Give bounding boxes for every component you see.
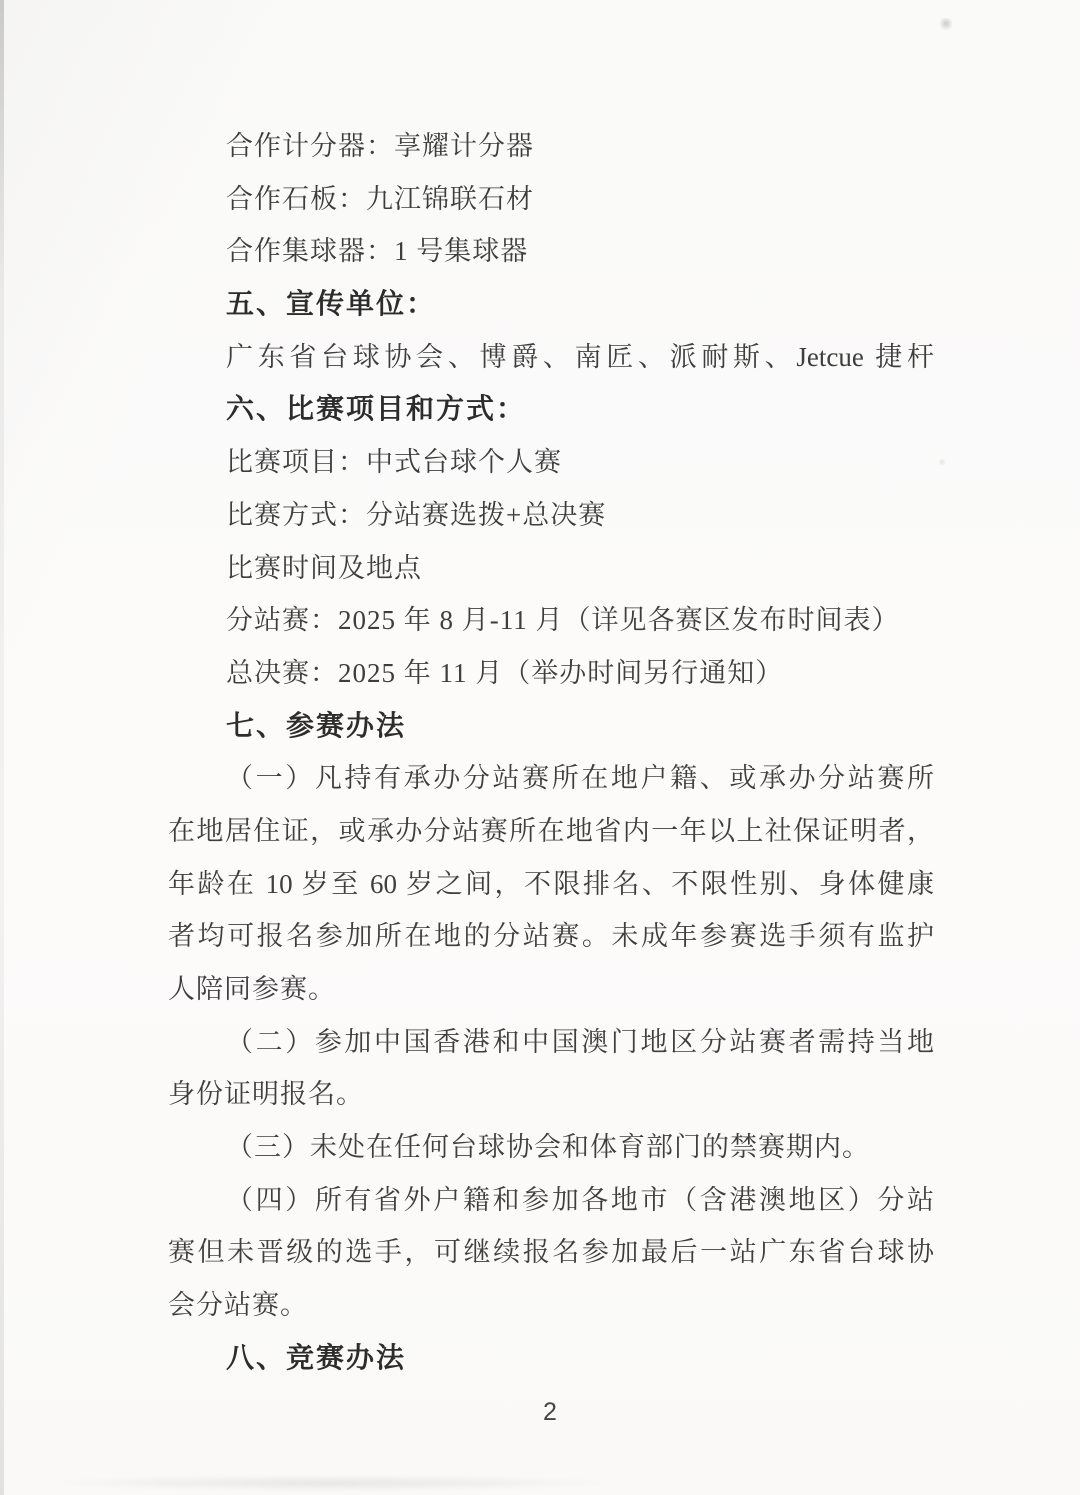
- document-line: 比赛项目：中式台球个人赛: [168, 436, 934, 489]
- document-line: （三）未处在任何台球协会和体育部门的禁赛期内。: [168, 1121, 934, 1174]
- document-line: 总决赛：2025 年 11 月（举办时间另行通知）: [168, 647, 934, 700]
- document-line: （二）参加中国香港和中国澳门地区分站赛者需持当地: [168, 1016, 934, 1069]
- document-line: 合作石板：九江锦联石材: [168, 173, 934, 226]
- document-line: 身份证明报名。: [168, 1068, 934, 1121]
- document-line: 者均可报名参加所在地的分站赛。未成年参赛选手须有监护: [168, 910, 934, 963]
- scan-edge-shadow: [0, 0, 4, 1495]
- document-body: 合作计分器：享耀计分器 合作石板：九江锦联石材 合作集球器：1 号集球器 五、宣…: [168, 120, 934, 1385]
- scan-speck: [938, 458, 946, 466]
- section-heading: 六、比赛项目和方式：: [168, 383, 934, 436]
- document-line: 合作计分器：享耀计分器: [168, 120, 934, 173]
- document-line: 分站赛：2025 年 8 月-11 月（详见各赛区发布时间表）: [168, 594, 934, 647]
- scan-speck: [940, 18, 952, 32]
- document-page: 合作计分器：享耀计分器 合作石板：九江锦联石材 合作集球器：1 号集球器 五、宣…: [0, 0, 1080, 1495]
- document-line: 广东省台球协会、博爵、南匠、派耐斯、Jetcue 捷杆: [168, 331, 934, 384]
- scan-smudge: [55, 1476, 605, 1490]
- document-line: 人陪同参赛。: [168, 963, 934, 1016]
- page-number: 2: [10, 1398, 1080, 1427]
- document-line: 比赛方式：分站赛选拨+总决赛: [168, 489, 934, 542]
- document-line: 合作集球器：1 号集球器: [168, 225, 934, 278]
- document-line: 比赛时间及地点: [168, 542, 934, 595]
- section-heading: 五、宣传单位：: [168, 278, 934, 331]
- section-heading: 七、参赛办法: [168, 700, 934, 753]
- document-line: （四）所有省外户籍和参加各地市（含港澳地区）分站: [168, 1174, 934, 1227]
- section-heading: 八、竞赛办法: [168, 1332, 934, 1385]
- document-line: 赛但未晋级的选手，可继续报名参加最后一站广东省台球协: [168, 1226, 934, 1279]
- document-line: （一）凡持有承办分站赛所在地户籍、或承办分站赛所: [168, 752, 934, 805]
- document-line: 年龄在 10 岁至 60 岁之间，不限排名、不限性别、身体健康: [168, 858, 934, 911]
- document-line: 在地居住证，或承办分站赛所在地省内一年以上社保证明者，: [168, 805, 934, 858]
- document-line: 会分站赛。: [168, 1279, 934, 1332]
